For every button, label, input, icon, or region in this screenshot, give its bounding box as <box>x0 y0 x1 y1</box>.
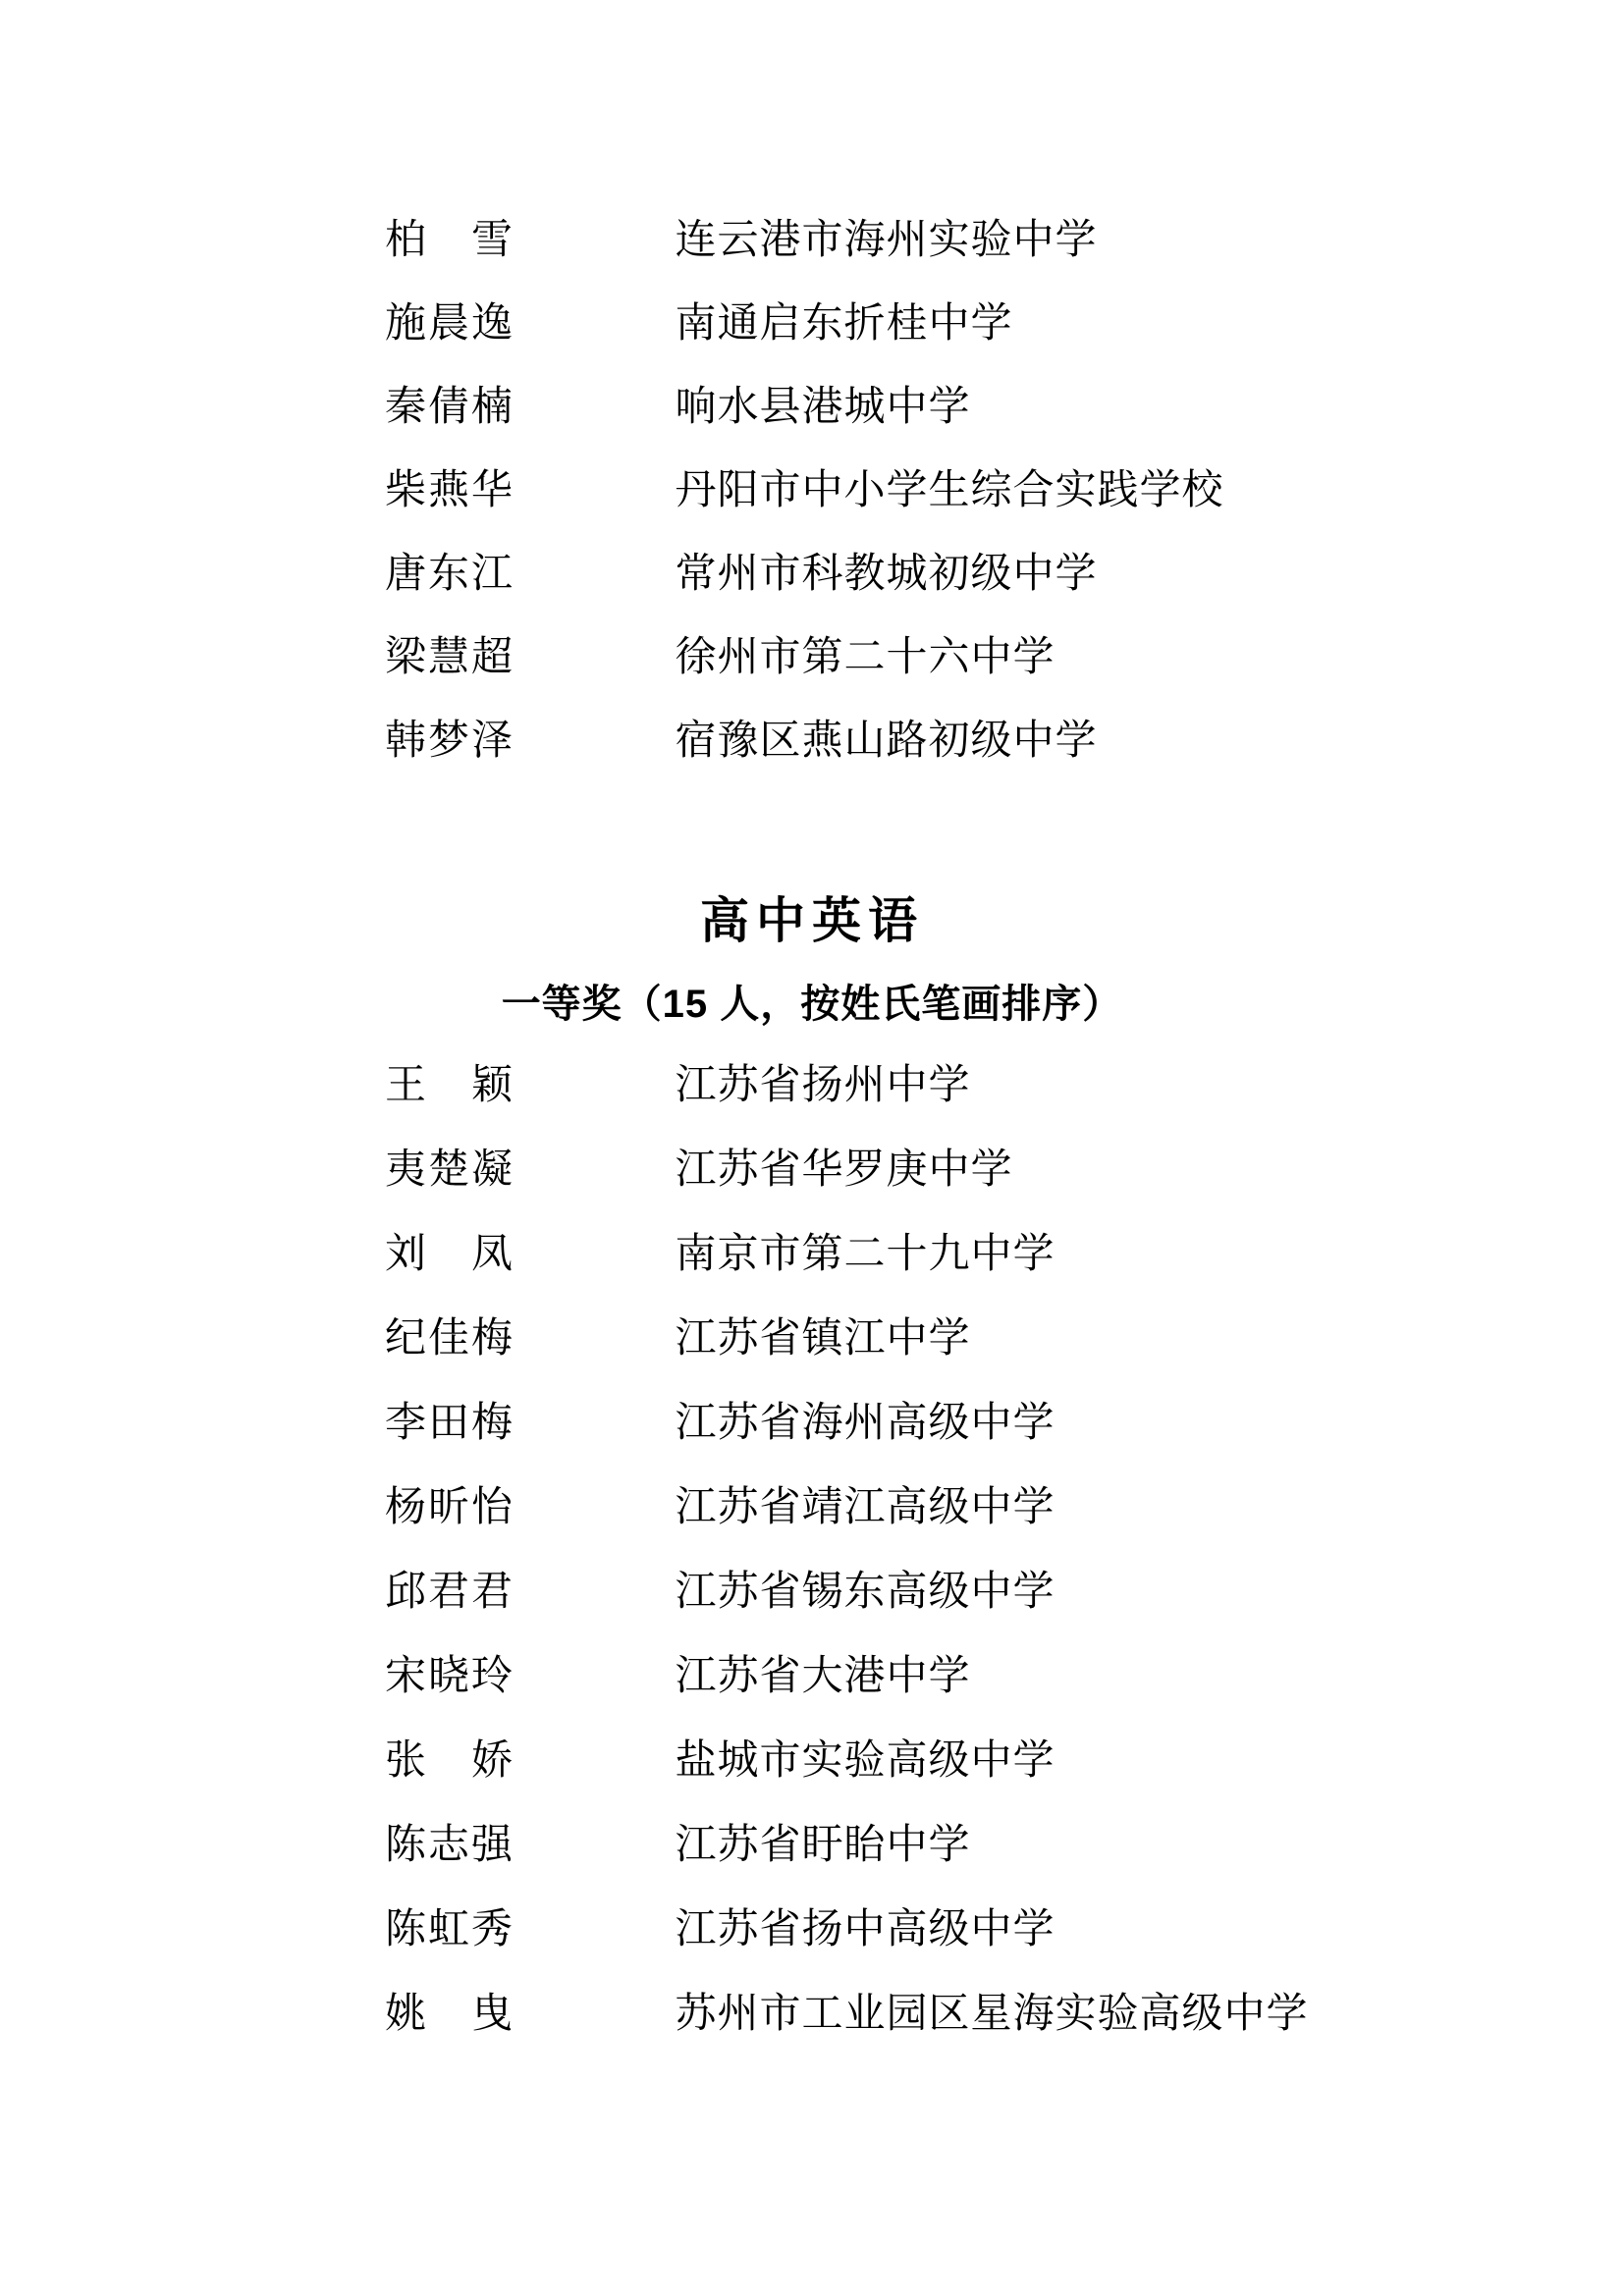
award-row: 夷楚凝 江苏省华罗庚中学 <box>0 1128 1624 1212</box>
awardee-school: 丹阳市中小学生综合实践学校 <box>676 468 1224 513</box>
award-row: 陈志强 江苏省盱眙中学 <box>0 1803 1624 1888</box>
awardee-name: 柏 雪 <box>385 199 665 283</box>
award-row: 韩梦泽 宿豫区燕山路初级中学 <box>0 700 1624 783</box>
awardee-name: 韩梦泽 <box>385 700 665 783</box>
document-page: 柏 雪 连云港市海州实验中学 施晨逸 南通启东折桂中学 秦倩楠 响水县港城中学 … <box>0 0 1624 2296</box>
award-row: 李田梅 江苏省海州高级中学 <box>0 1381 1624 1466</box>
awardee-name: 唐东江 <box>385 533 665 616</box>
awardee-school: 江苏省锡东高级中学 <box>676 1570 1056 1615</box>
awardee-name: 刘 凤 <box>385 1212 665 1297</box>
award-row: 柏 雪 连云港市海州实验中学 <box>0 199 1624 283</box>
awardee-school: 江苏省华罗庚中学 <box>676 1148 1013 1193</box>
award-row: 陈虹秀 江苏省扬中高级中学 <box>0 1888 1624 1972</box>
awardee-school: 宿豫区燕山路初级中学 <box>676 719 1098 764</box>
awardee-name: 邱君君 <box>385 1550 665 1634</box>
awardee-name: 纪佳梅 <box>385 1297 665 1381</box>
awardee-school: 苏州市工业园区星海实验高级中学 <box>676 1992 1309 2037</box>
awardee-school: 南京市第二十九中学 <box>676 1232 1056 1277</box>
awardee-name: 杨昕怡 <box>385 1466 665 1550</box>
awardee-name: 王 颖 <box>385 1043 665 1128</box>
prize-subheading: 一等奖（15 人，按姓氏笔画排序） <box>0 982 1624 1027</box>
award-row: 邱君君 江苏省锡东高级中学 <box>0 1550 1624 1634</box>
awardee-school: 江苏省靖江高级中学 <box>676 1485 1056 1530</box>
awardee-school: 连云港市海州实验中学 <box>676 218 1098 263</box>
awardee-name: 柴燕华 <box>385 450 665 533</box>
awardee-school: 江苏省镇江中学 <box>676 1316 971 1362</box>
award-row: 施晨逸 南通启东折桂中学 <box>0 283 1624 366</box>
awardee-name: 李田梅 <box>385 1381 665 1466</box>
award-row: 梁慧超 徐州市第二十六中学 <box>0 616 1624 700</box>
award-row: 柴燕华 丹阳市中小学生综合实践学校 <box>0 450 1624 533</box>
awardee-school: 徐州市第二十六中学 <box>676 635 1056 680</box>
award-row: 王 颖 江苏省扬州中学 <box>0 1043 1624 1128</box>
award-row: 纪佳梅 江苏省镇江中学 <box>0 1297 1624 1381</box>
awardee-name: 张 娇 <box>385 1719 665 1803</box>
awardee-school: 江苏省扬州中学 <box>676 1063 971 1108</box>
senior-english-first-prize-list: 王 颖 江苏省扬州中学 夷楚凝 江苏省华罗庚中学 刘 凤 南京市第二十九中学 纪… <box>0 1043 1624 2056</box>
awardee-school: 南通启东折桂中学 <box>676 301 1013 347</box>
awardee-name: 秦倩楠 <box>385 366 665 450</box>
awardee-school: 江苏省海州高级中学 <box>676 1401 1056 1446</box>
awardee-school: 响水县港城中学 <box>676 385 971 430</box>
award-row: 张 娇 盐城市实验高级中学 <box>0 1719 1624 1803</box>
awardee-name: 陈虹秀 <box>385 1888 665 1972</box>
award-row: 唐东江 常州市科教城初级中学 <box>0 533 1624 616</box>
award-row: 宋晓玲 江苏省大港中学 <box>0 1634 1624 1719</box>
award-row: 刘 凤 南京市第二十九中学 <box>0 1212 1624 1297</box>
awardee-name: 陈志强 <box>385 1803 665 1888</box>
section-heading: 高中英语 <box>0 893 1624 948</box>
awardee-school: 常州市科教城初级中学 <box>676 552 1098 597</box>
awardee-school: 江苏省扬中高级中学 <box>676 1907 1056 1952</box>
awardee-name: 施晨逸 <box>385 283 665 366</box>
prize-list-continued: 柏 雪 连云港市海州实验中学 施晨逸 南通启东折桂中学 秦倩楠 响水县港城中学 … <box>0 199 1624 783</box>
award-row: 秦倩楠 响水县港城中学 <box>0 366 1624 450</box>
awardee-name: 夷楚凝 <box>385 1128 665 1212</box>
awardee-school: 盐城市实验高级中学 <box>676 1738 1056 1784</box>
award-row: 杨昕怡 江苏省靖江高级中学 <box>0 1466 1624 1550</box>
awardee-name: 梁慧超 <box>385 616 665 700</box>
award-row: 姚 曳 苏州市工业园区星海实验高级中学 <box>0 1972 1624 2056</box>
awardee-school: 江苏省大港中学 <box>676 1654 971 1699</box>
awardee-name: 宋晓玲 <box>385 1634 665 1719</box>
awardee-school: 江苏省盱眙中学 <box>676 1823 971 1868</box>
awardee-name: 姚 曳 <box>385 1972 665 2056</box>
